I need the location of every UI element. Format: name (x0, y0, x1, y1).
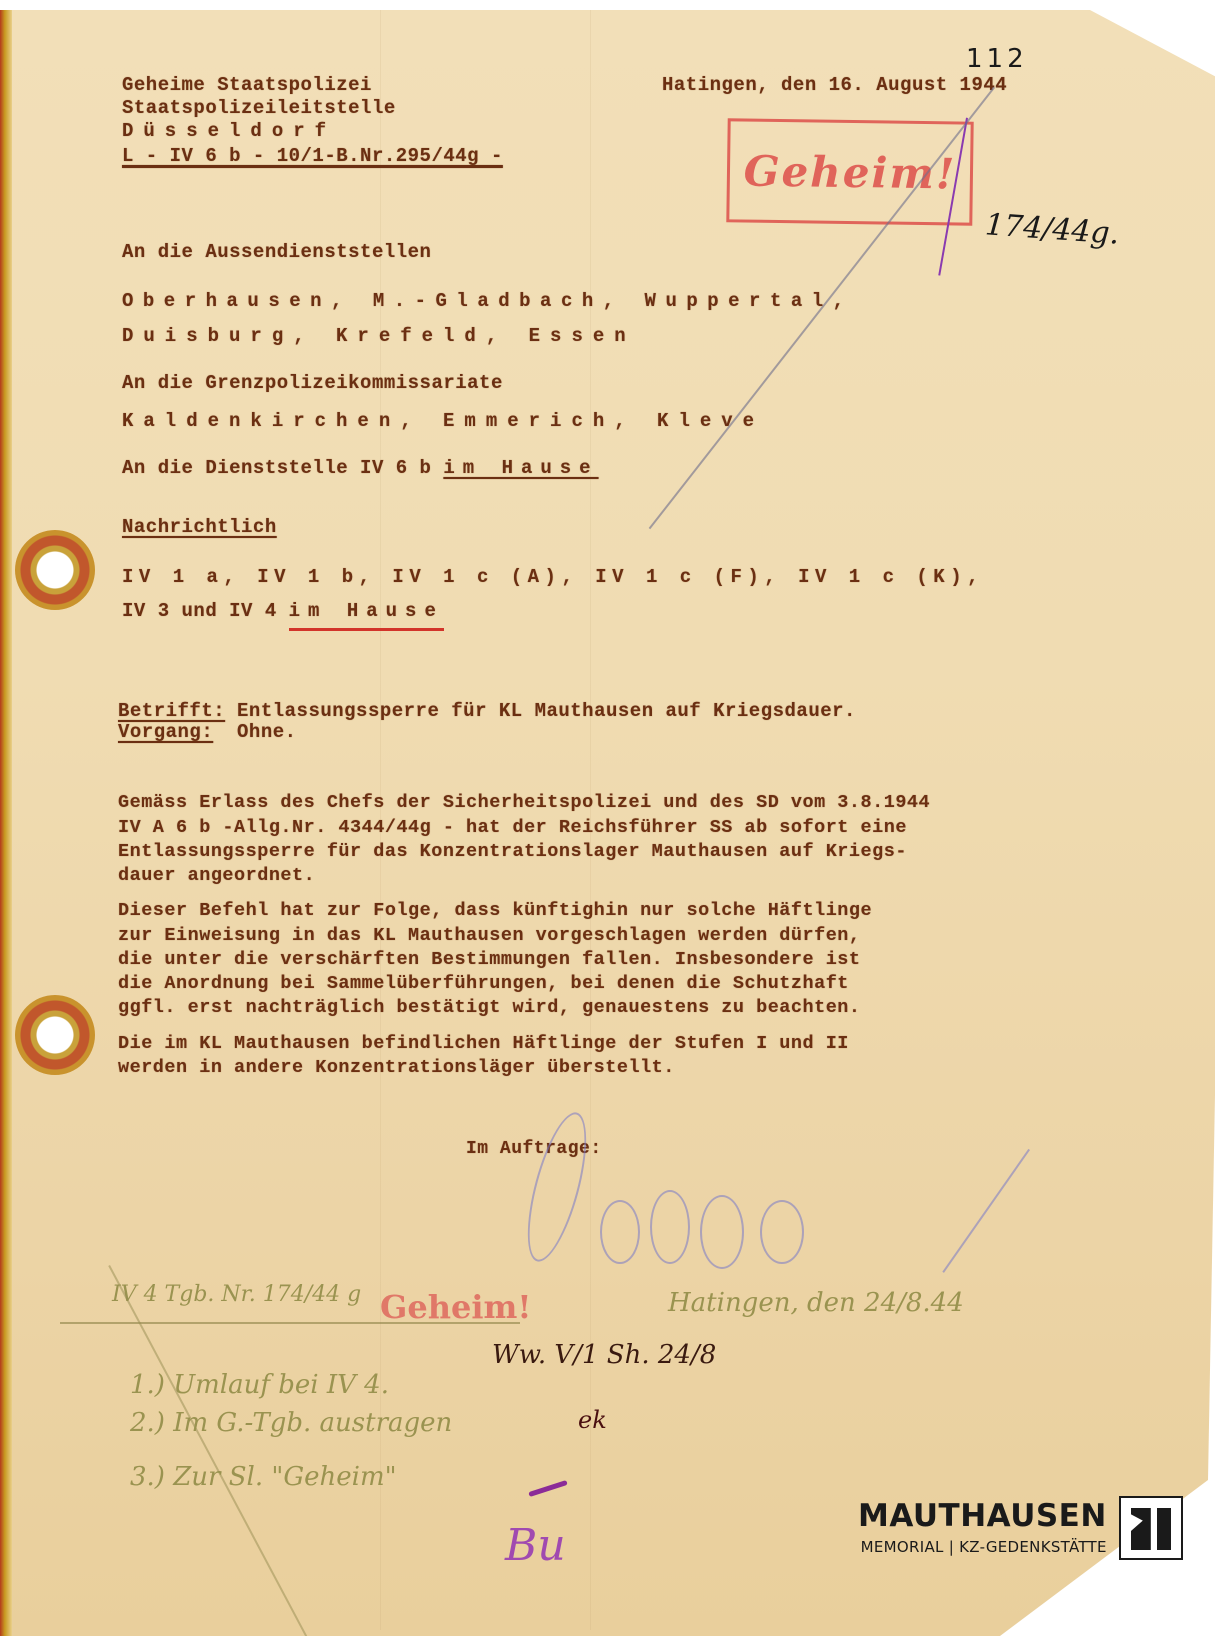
body-p2-line-1: Dieser Befehl hat zur Folge, dass künfti… (118, 900, 872, 921)
sender-line-2: Staatspolizeileitstelle (122, 97, 396, 119)
recipient-group-3: An die Dienststelle IV 6 b im Hause (122, 457, 599, 479)
body-p2-line-3: die unter die verschärften Bestimmungen … (118, 949, 861, 970)
logo-title: MAUTHAUSEN (858, 1501, 1107, 1532)
signature-stroke (600, 1200, 640, 1264)
logo-text: MAUTHAUSEN MEMORIAL | KZ-GEDENKSTÄTTE (858, 1501, 1107, 1556)
annotation-item-1: 1.) Umlauf bei IV 4. (130, 1370, 389, 1400)
reference-line: Vorgang: Ohne. (118, 721, 297, 743)
binder-hole-ring (15, 530, 95, 610)
body-p3-line-2: werden in andere Konzentrationsläger übe… (118, 1057, 675, 1078)
cc-line-1: IV 1 a, IV 1 b, IV 1 c (A), IV 1 c (F), … (122, 566, 984, 588)
body-p2-line-4: die Anordnung bei Sammelüberführungen, b… (118, 973, 849, 994)
cc-line-2: IV 3 und IV 4 im Hause (122, 600, 444, 622)
annotation-item-2: 2.) Im G.-Tgb. austragen (130, 1408, 452, 1438)
annotation-diary-reference: IV 4 Tgb. Nr. 174/44 g (112, 1282, 361, 1307)
annotation-place-date: Hatingen, den 24/8.44 (668, 1288, 964, 1318)
cc-line-2-in-house: im Hause (289, 600, 444, 631)
archive-page-number: 112 (966, 44, 1028, 74)
recipient-group-1-line-2: Duisburg, Krefeld, Essen (122, 325, 636, 347)
annotation-item-3: 3.) Zur Sl. "Geheim" (130, 1462, 397, 1492)
body-p1-line-2: IV A 6 b -Allg.Nr. 4344/44g - hat der Re… (118, 817, 907, 838)
sender-line-1: Geheime Staatspolizei (122, 74, 372, 96)
signature-stroke (760, 1200, 804, 1264)
signature-stroke (650, 1190, 690, 1264)
cc-label: Nachrichtlich (122, 516, 277, 538)
annotation-initials: Ww. V/1 Sh. 24/8 (492, 1340, 716, 1370)
annotation-item-2-initials: ek (578, 1406, 607, 1434)
subject-line: Betrifft: Entlassungssperre für KL Mauth… (118, 700, 856, 722)
body-p3-line-1: Die im KL Mauthausen befindlichen Häftli… (118, 1033, 849, 1054)
sender-city: Düsseldorf (122, 120, 336, 142)
mauthausen-memorial-logo: MAUTHAUSEN MEMORIAL | KZ-GEDENKSTÄTTE (858, 1496, 1183, 1560)
subject-label: Betrifft: (118, 700, 225, 722)
cc-line-2-text: IV 3 und IV 4 (122, 600, 289, 622)
secret-stamp-text: Geheim! (743, 146, 956, 198)
binder-hole-ring (15, 995, 95, 1075)
reference-text: Ohne. (213, 721, 296, 743)
annotation-bottom-initials: Bu (505, 1520, 566, 1571)
body-p1-line-1: Gemäss Erlass des Chefs der Sicherheitsp… (118, 792, 930, 813)
recipient-group-3-label: An die Dienststelle IV 6 b (122, 457, 443, 479)
file-reference: L - IV 6 b - 10/1-B.Nr.295/44g - (122, 145, 503, 167)
recipient-group-3-in-house: im Hause (443, 457, 598, 479)
reference-label: Vorgang: (118, 721, 213, 743)
page-edge (0, 10, 12, 1636)
recipient-group-1-line-1: Oberhausen, M.-Gladbach, Wuppertal, (122, 290, 854, 312)
place-date: Hatingen, den 16. August 1944 (662, 74, 1007, 96)
logo-subtitle: MEMORIAL | KZ-GEDENKSTÄTTE (861, 1538, 1107, 1556)
logo-m-icon (1119, 1496, 1183, 1560)
recipient-group-1-label: An die Aussendienststellen (122, 241, 431, 263)
secret-stamp-small: Geheim! (380, 1288, 531, 1326)
body-p2-line-5: ggfl. erst nachträglich bestätigt wird, … (118, 997, 861, 1018)
body-p1-line-3: Entlassungssperre für das Konzentrations… (118, 841, 907, 862)
subject-text: Entlassungssperre für KL Mauthausen auf … (225, 700, 856, 722)
body-p1-line-4: dauer angeordnet. (118, 865, 315, 886)
signature-stroke (700, 1195, 744, 1269)
recipient-group-2-label: An die Grenzpolizeikommissariate (122, 372, 503, 394)
recipient-group-2-line-1: Kaldenkirchen, Emmerich, Kleve (122, 410, 764, 432)
secret-stamp: Geheim! (726, 118, 973, 225)
body-p2-line-2: zur Einweisung in das KL Mauthausen vorg… (118, 925, 861, 946)
